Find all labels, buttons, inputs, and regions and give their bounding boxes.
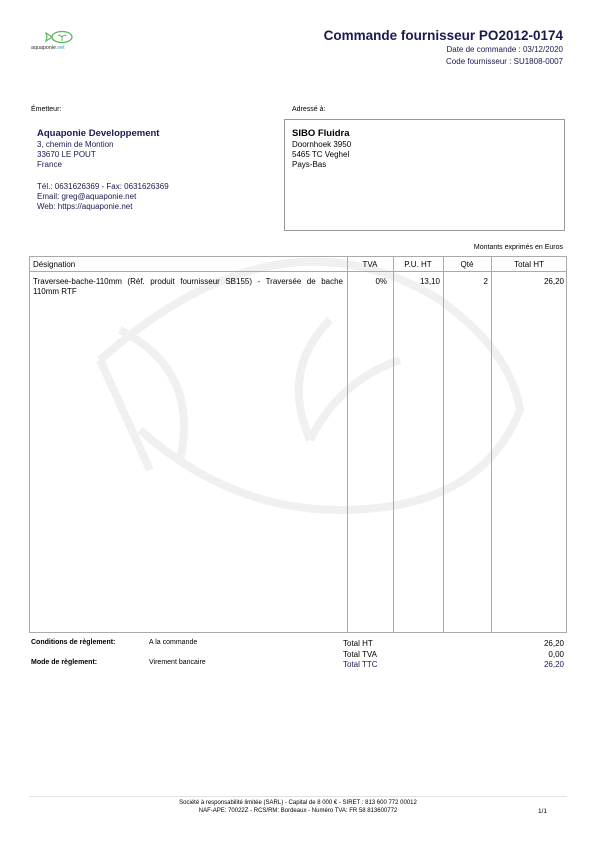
footer-legal-line2: NAF-APE: 70022Z - RCS/RM: Bordeaux - Num… [29,808,567,814]
currency-note: Montants exprimés en Euros [474,244,563,251]
table-row-pu-ht: 13,10 [393,277,440,286]
table-row-tva: 0% [347,277,387,286]
emitter-block: Aquaponie Developpement 3, chemin de Mon… [37,128,169,212]
col-header-pu-ht: P.U. HT [393,260,443,269]
table-row-designation: Traversee-bache-110mm (Réf. produit four… [33,277,343,297]
total-ttc-value: 26,20 [544,660,564,670]
total-tva-label: Total TVA [343,650,377,660]
col-header-total-ht: Total HT [491,260,567,269]
conditions-value: A la commande [149,639,197,646]
table-row-qty: 2 [443,277,488,286]
emitter-address1: 3, chemin de Montion [37,140,169,150]
mode-label: Mode de règlement: [31,659,97,666]
recipient-label: Adressé à: [292,106,325,113]
table-row-total-ht: 26,20 [491,277,564,286]
order-date: Date de commande : 03/12/2020 [446,45,563,54]
page-title: Commande fournisseur PO2012-0174 [324,28,563,43]
emitter-address2: 33670 LE POUT [37,150,169,160]
emitter-name: Aquaponie Developpement [37,128,169,140]
footer-legal-line1: Société à responsabilité limitée (SARL) … [29,800,567,806]
logo-name: aquaponie [31,45,56,51]
recipient-name: SIBO Fluidra [292,128,351,140]
emitter-web[interactable]: Web: https://aquaponie.net [37,202,169,212]
page-number: 1/1 [538,808,547,815]
conditions-label: Conditions de règlement: [31,639,115,646]
recipient-address2: 5465 TC Veghel [292,150,351,160]
emitter-email[interactable]: Email: greg@aquaponie.net [37,192,169,202]
recipient-country: Pays-Bas [292,160,351,170]
total-ttc-label: Total TTC [343,660,378,670]
col-header-designation: Désignation [33,260,75,269]
fish-icon [28,30,88,46]
col-header-tva: TVA [347,260,393,269]
emitter-phone: Tél.: 0631626369 - Fax: 0631626369 [37,182,169,192]
order-lines-table: Désignation TVA P.U. HT Qté Total HT Tra… [29,256,567,633]
footer-divider [29,796,567,797]
total-ht-label: Total HT [343,639,373,649]
col-header-qty: Qté [443,260,491,269]
supplier-code: Code fournisseur : SU1808-0007 [446,57,563,66]
recipient-address1: Doornhoek 3950 [292,140,351,150]
logo-tld: .net [56,45,65,51]
total-tva-value: 0,00 [548,650,564,660]
company-logo: aquaponie.net [28,30,88,56]
total-ht-value: 26,20 [544,639,564,649]
emitter-label: Émetteur: [31,106,61,113]
recipient-box: SIBO Fluidra Doornhoek 3950 5465 TC Vegh… [284,119,565,231]
mode-value: Virement bancaire [149,659,206,666]
emitter-country: France [37,160,169,170]
